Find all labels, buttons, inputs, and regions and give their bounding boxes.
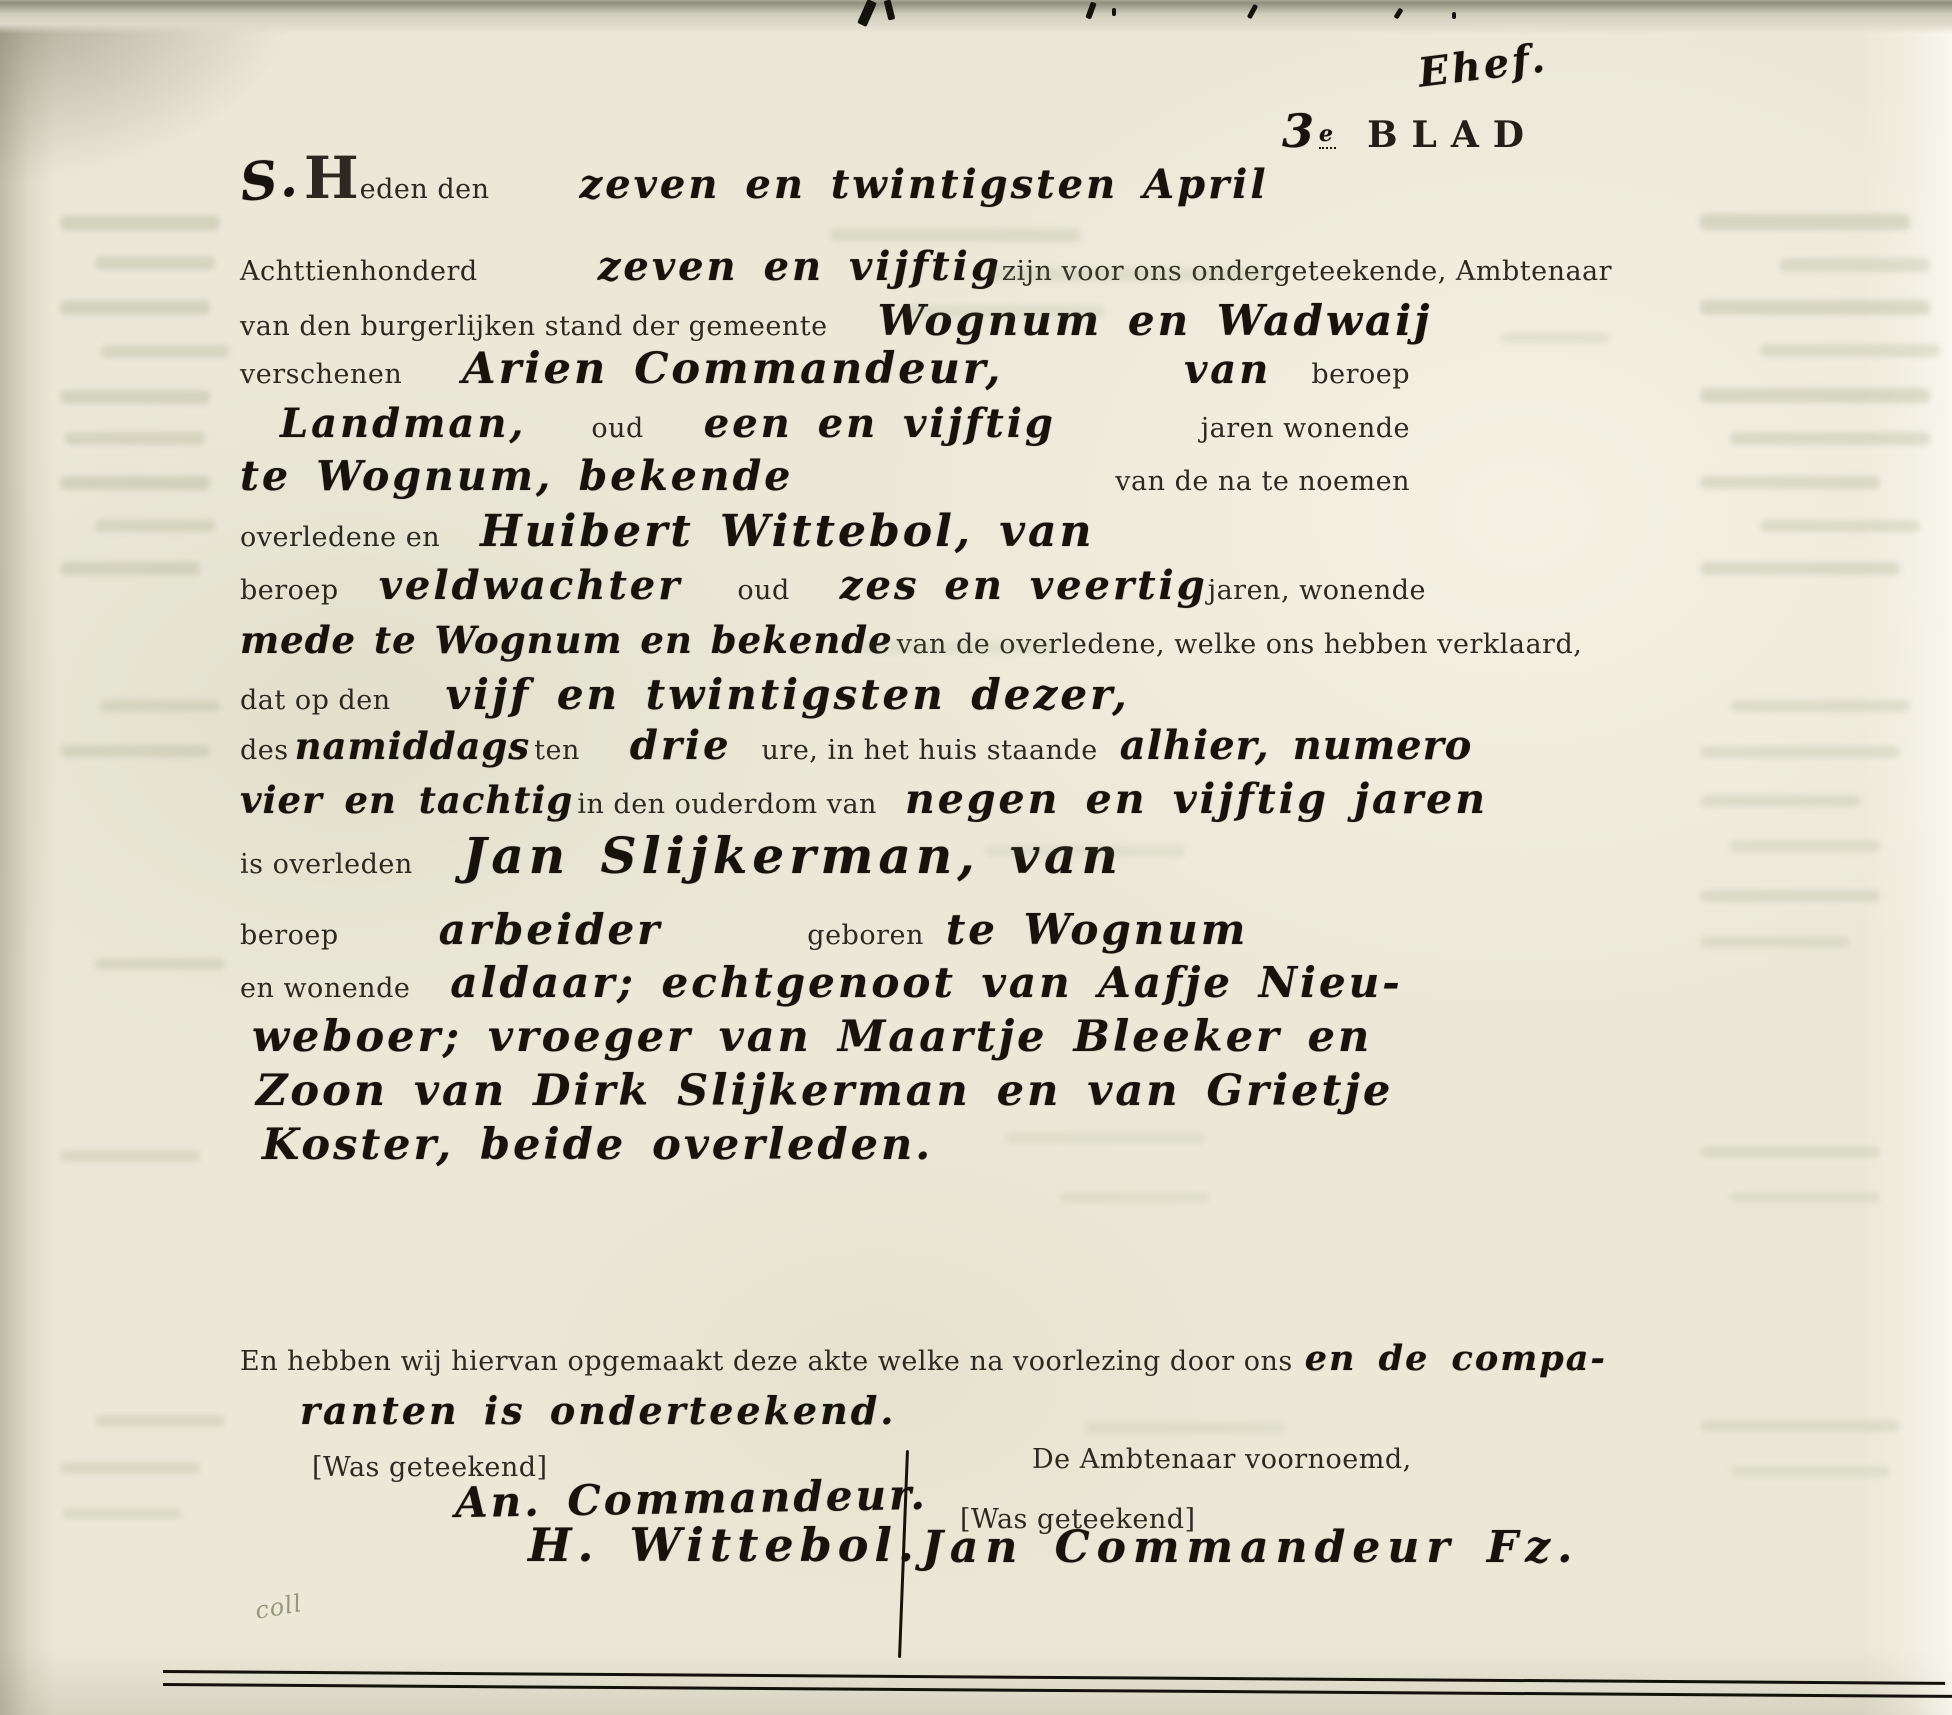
label-zijn-voor-ons: zijn voor ons ondergeteekende, Ambtenaar [1002,256,1612,287]
label-beroep-3: beroep [240,920,339,951]
label-jaren-wonende-2: jaren, wonende [1208,575,1426,606]
entry-death-date: vijf en twintigsten dezer, [446,670,1130,719]
label-beroep-2: beroep [240,575,339,606]
entry-house-number: vier en tachtig [240,778,573,822]
bleed-through-mark [60,476,210,490]
act-line-5: Landman, oud een en vijftig jaren wonend… [240,400,1410,447]
act-line-3: van den burgerlijken stand der gemeente … [240,296,1410,345]
act-line-6: te Wognum, bekende van de na te noemen [240,452,1410,500]
ambtenaar-heading: De Ambtenaar voornoemd, [1032,1444,1412,1475]
archivist-paraph: Ehef. [1416,34,1550,96]
bleed-through-mark [1700,562,1900,575]
act-line-16: weboer; vroeger van Maartje Bleeker en [252,1012,1422,1062]
bleed-through-mark [60,300,210,315]
label-verschenen: verschenen [240,359,402,390]
entry-closing-hand2: ranten is onderteekend. [300,1388,897,1433]
bleed-through-mark [60,390,210,404]
label-ouderdom: in den ouderdom van [577,789,877,820]
entry-residence-spouse: aldaar; echtgenoot van Aafje Nieu- [450,958,1402,1007]
bleed-through-mark [95,520,215,532]
bleed-through-mark [1700,300,1930,315]
bleed-through-mark [1700,476,1880,489]
bleed-through-mark [60,1150,200,1162]
page-edge-ink-fragment [1452,12,1456,19]
entry-parents-line1: Zoon van Dirk Slijkerman en van Grietje [256,1066,1393,1116]
act-line-14: beroep arbeider geboren te Wognum [240,905,1410,954]
label-des: des [240,735,289,766]
entry-declarant1-name: Arien Commandeur, [462,344,1003,394]
bleed-through-mark [100,700,220,712]
dropcap-h: H [304,155,360,201]
entry-declarant2-name: Huibert Wittebol, van [480,506,1094,557]
label-verklaard: van de overledene, welke ons hebben verk… [897,629,1583,660]
bleed-through-mark [1730,1192,1880,1203]
bleed-through-mark [60,215,220,231]
entry-deceased-occupation: arbeider [439,905,663,954]
bleed-through-mark [1730,840,1880,852]
label-ten: ten [534,735,580,766]
bleed-through-mark [95,256,215,270]
label-achttienhonderd: Achttienhonderd [240,256,478,287]
bleed-through-mark [1780,258,1930,272]
entry-declarant2-occupation: veldwachter [379,562,683,609]
bleed-through-mark [65,432,205,445]
act-line-15: en wonende aldaar; echtgenoot van Aafje … [240,958,1410,1007]
bleed-through-mark [60,1462,200,1474]
act-line-2: Achttienhonderd zeven en vijftig zijn vo… [240,243,1425,290]
signature-declarant2: H. Wittebol. [528,1518,920,1572]
act-line-7: overledene en Huibert Wittebol, van [240,506,1410,557]
bleed-through-mark [1700,214,1910,230]
entry-birthplace: te Wognum [946,905,1248,954]
act-line-8: beroep veldwachter oud zes en veertig ja… [240,562,1410,609]
label-overledene-en: overledene en [240,522,440,553]
bleed-through-mark [62,1508,182,1519]
page-edge-ink-fragment [1112,8,1116,16]
bleed-through-mark [60,562,200,575]
act-line-4: verschenen Arien Commandeur, van beroep [240,344,1410,394]
act-line-9: mede te Wognum en bekende van de overled… [240,618,1440,662]
bleed-through-mark [1730,700,1910,712]
label-geboren: geboren [807,920,924,951]
bleed-through-mark [1700,1420,1900,1432]
page-edge-ink-fragment [1085,1,1096,19]
entry-van: van [1184,346,1271,393]
act-line-11: des namiddags ten drie ure, in het huis … [240,722,1470,769]
label-oud-1: oud [591,413,643,444]
entry-spouse-line2: weboer; vroeger van Maartje Bleeker en [252,1012,1372,1062]
bleed-through-mark [1760,344,1940,357]
label-dat-op-den: dat op den [240,685,391,716]
death-certificate-page: Ehef. 3e BLAD S. H eden den zeven en twi… [0,0,1952,1715]
entry-declarant2-residence: mede te Wognum en bekende [240,618,893,662]
entry-age-at-death: negen en vijftig jaren [905,775,1488,823]
bleed-through-mark [60,745,210,757]
entry-declarant1-age: een en vijftig [704,400,1056,447]
closing-line-1: En hebben wij hiervan opgemaakt deze akt… [240,1338,1440,1379]
entry-daypart: namiddags [295,724,531,768]
label-en-wonende: en wonende [240,973,410,1004]
entry-house-location: alhier, numero [1120,722,1473,769]
bleed-through-mark [95,958,225,970]
bleed-through-mark [1700,388,1930,403]
page-edge-ink-fragment [857,0,877,27]
label-closing: En hebben wij hiervan opgemaakt deze akt… [240,1346,1293,1377]
entry-flourish: S. [237,147,303,214]
closing-line-2: ranten is onderteekend. [300,1388,1470,1433]
bleed-through-mark [1730,432,1930,445]
bleed-through-mark [100,345,230,358]
label-heden-den: eden den [360,174,490,205]
act-line-17: Zoon van Dirk Slijkerman en van Grietje [256,1066,1426,1116]
bottom-rules [163,1670,1952,1698]
entry-deceased-name: Jan Slijkerman, van [463,826,1123,885]
entry-declarant2-age: zes en veertig [840,562,1208,609]
entry-parents-line2: Koster, beide overleden. [262,1120,933,1170]
entry-declarant1-residence: te Wognum, bekende [240,452,793,500]
label-gemeente: van den burgerlijken stand der gemeente [240,311,828,342]
entry-declarant1-occupation: Landman, [280,400,526,447]
entry-year: zeven en vijftig [598,243,1002,290]
page-edge-ink-fragment [1393,8,1403,20]
act-line-10: dat op den vijf en twintigsten dezer, [240,670,1410,719]
bleed-through-mark [1760,520,1920,532]
bottom-rule-2 [163,1683,1952,1698]
entry-hour: drie [630,722,732,769]
page-edge-ink-fragment [1247,4,1258,20]
bleed-through-mark [1730,1466,1890,1477]
signature-official: Jan Commandeur Fz. [922,1522,1579,1573]
entry-closing-hand1: en de compa- [1305,1338,1607,1379]
sheet-number-suffix: e [1319,121,1336,149]
label-ure-huis: ure, in het huis staande [762,735,1098,766]
bleed-through-mark [1700,1146,1880,1158]
bleed-through-mark [1060,1192,1210,1203]
act-line-1: S. H eden den zeven en twintigsten April [240,150,1410,211]
bleed-through-mark [1700,795,1860,807]
label-is-overleden: is overleden [240,849,413,880]
label-oud-2: oud [737,575,789,606]
label-beroep-1: beroep [1311,359,1410,390]
pencil-note: coll [253,1589,304,1625]
bottom-rule-1 [163,1670,1945,1685]
bleed-through-mark [1500,332,1610,344]
entry-date-day: zeven en twintigsten April [580,161,1269,208]
act-line-12: vier en tachtig in den ouderdom van nege… [240,775,1470,823]
bleed-through-mark [830,228,1080,242]
entry-gemeente: Wognum en Wadwaij [878,296,1433,345]
page-edge-ink-fragment [884,0,896,21]
bleed-through-mark [95,1415,225,1427]
act-line-13: is overleden Jan Slijkerman, van [240,826,1410,885]
act-line-18: Koster, beide overleden. [262,1120,1432,1170]
bleed-through-mark [1700,746,1900,758]
label-jaren-wonende-1: jaren wonende [1201,413,1410,444]
label-van-de-na-te-noemen: van de na te noemen [1115,466,1410,497]
bleed-through-mark [1700,936,1850,948]
bleed-through-mark [1700,890,1880,902]
